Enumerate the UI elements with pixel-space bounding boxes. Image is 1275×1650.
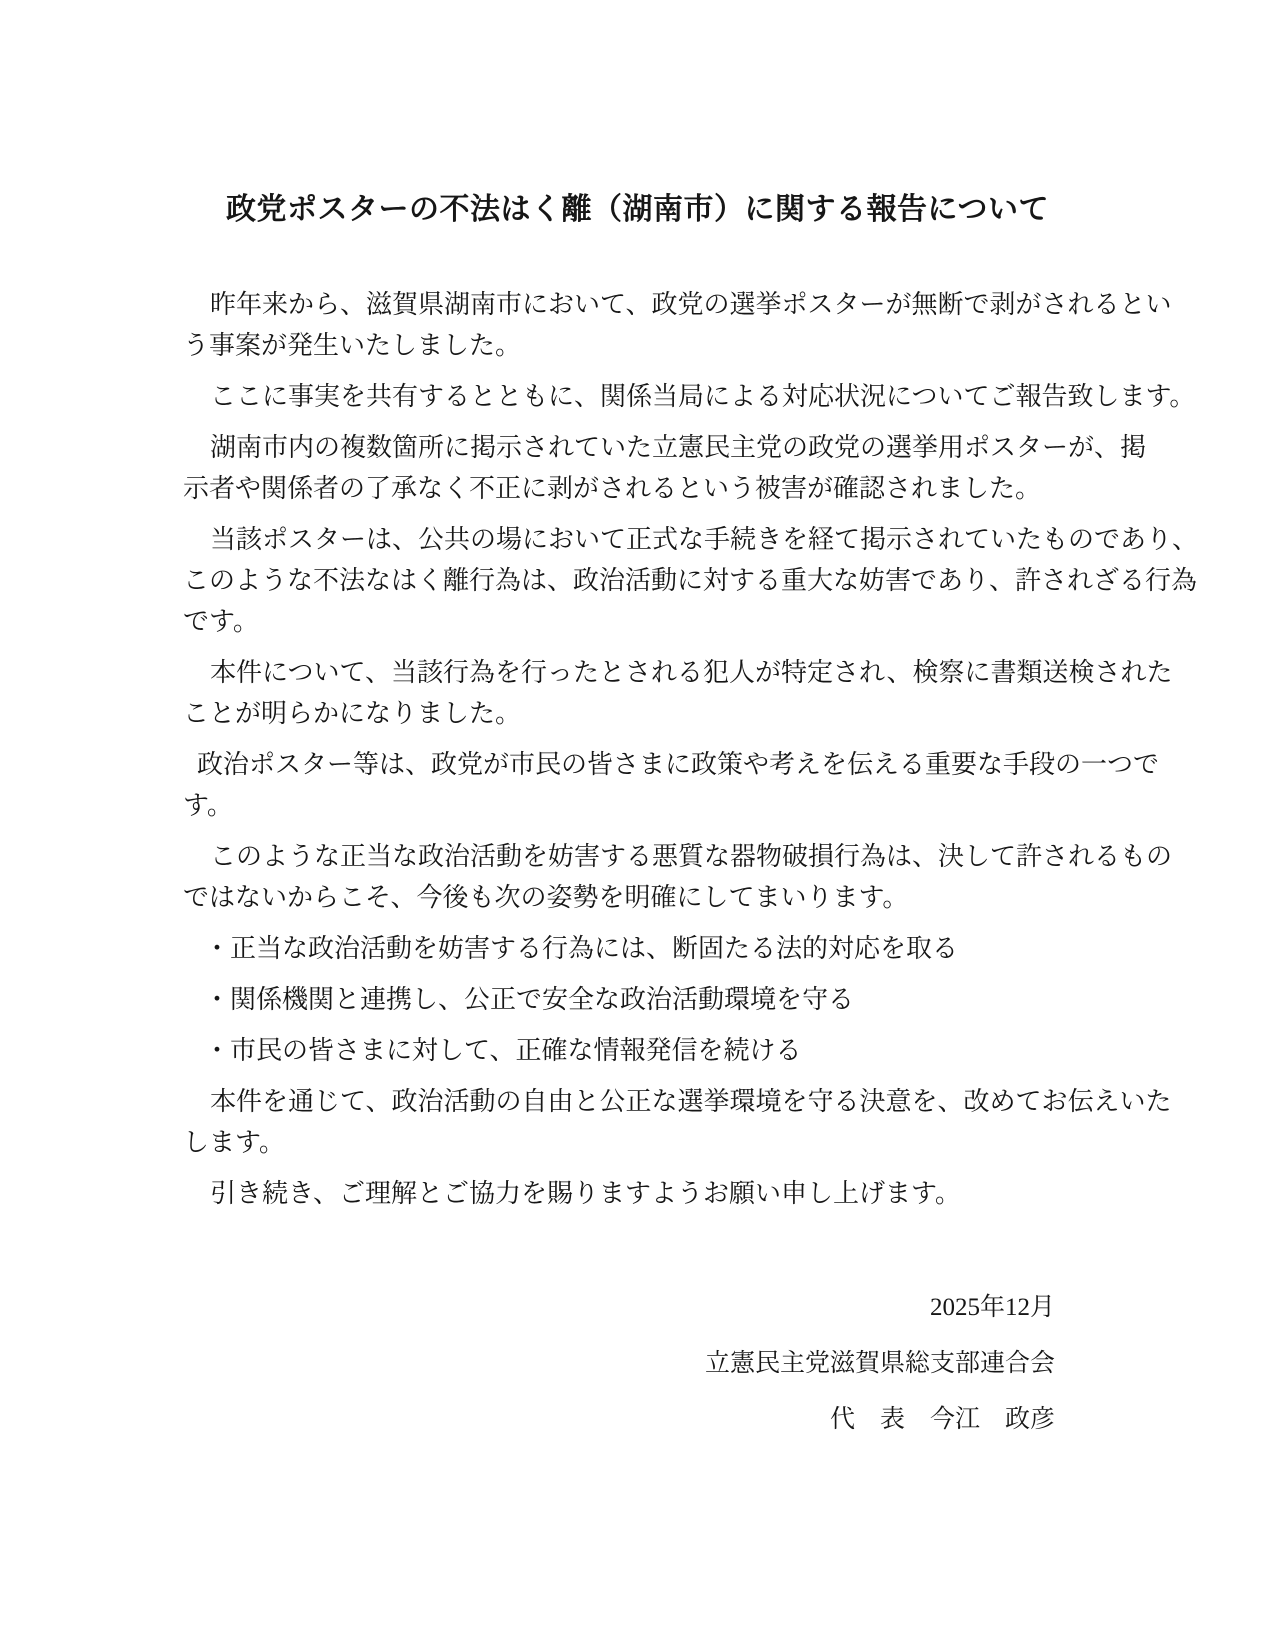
paragraph: 当該ポスターは、公共の場において正式な手続きを経て掲示されていたものであり、 こ… [183,519,1092,642]
paragraph-line: このような不法なはく離行為は、政治活動に対する重大な妨害であり、許されざる行為 [183,560,1092,601]
paragraph-line: 湖南市内の複数箇所に掲示されていた立憲民主党の政党の選挙用ポスターが、掲 [183,427,1092,468]
bullet-line: ・関係機関と連携し、公正で安全な政治活動環境を守る [183,979,1092,1020]
paragraph-line: 本件について、当該行為を行ったとされる犯人が特定され、検察に書類送検された [183,652,1092,693]
paragraph-line: 当該ポスターは、公共の場において正式な手続きを経て掲示されていたものであり、 [183,519,1092,560]
paragraph-line: 昨年来から、滋賀県湖南市において、政党の選挙ポスターが無断で剥がされるとい [183,284,1092,325]
bullet-line: ・市民の皆さまに対して、正確な情報発信を続ける [183,1030,1092,1071]
signature-block: 2025年12月 立憲民主党滋賀県総支部連合会 代 表 今江 政彦 [183,1287,1092,1440]
bullet-item: ・正当な政治活動を妨害する行為には、断固たる法的対応を取る [183,928,1092,969]
paragraph-line: ことが明らかになりました。 [183,693,1092,734]
paragraph-line: 政治ポスター等は、政党が市民の皆さまに政策や考えを伝える重要な手段の一つで [183,744,1092,785]
document-page: 政党ポスターの不法はく離（湖南市）に関する報告について 昨年来から、滋賀県湖南市… [0,0,1275,1650]
paragraph: 湖南市内の複数箇所に掲示されていた立憲民主党の政党の選挙用ポスターが、掲 示者や… [183,427,1092,509]
paragraph-line: です。 [183,601,1092,642]
paragraph: ここに事実を共有するとともに、関係当局による対応状況についてご報告致します。 [183,376,1092,417]
paragraph: 本件を通じて、政治活動の自由と公正な選挙環境を守る決意を、改めてお伝えいた しま… [183,1081,1092,1163]
paragraph: 引き続き、ご理解とご協力を賜りますようお願い申し上げます。 [183,1173,1092,1214]
document-title: 政党ポスターの不法はく離（湖南市）に関する報告について [183,188,1092,232]
paragraph-line: 示者や関係者の了承なく不正に剥がされるという被害が確認されました。 [183,468,1092,509]
bullet-item: ・市民の皆さまに対して、正確な情報発信を続ける [183,1030,1092,1071]
paragraph-line: う事案が発生いたしました。 [183,325,1092,366]
paragraph-line: ではないからこそ、今後も次の姿勢を明確にしてまいります。 [183,877,1092,918]
paragraph: 本件について、当該行為を行ったとされる犯人が特定され、検察に書類送検された こと… [183,652,1092,734]
document-body: 昨年来から、滋賀県湖南市において、政党の選挙ポスターが無断で剥がされるとい う事… [183,284,1092,1214]
paragraph-line: す。 [183,785,1092,826]
bullet-item: ・関係機関と連携し、公正で安全な政治活動環境を守る [183,979,1092,1020]
paragraph-line: このような正当な政治活動を妨害する悪質な器物破損行為は、決して許されるもの [183,836,1092,877]
paragraph: 昨年来から、滋賀県湖南市において、政党の選挙ポスターが無断で剥がされるとい う事… [183,284,1092,366]
bullet-line: ・正当な政治活動を妨害する行為には、断固たる法的対応を取る [183,928,1092,969]
signature-date: 2025年12月 [183,1287,1055,1328]
paragraph-line: 本件を通じて、政治活動の自由と公正な選挙環境を守る決意を、改めてお伝えいた [183,1081,1092,1122]
paragraph: このような正当な政治活動を妨害する悪質な器物破損行為は、決して許されるもの では… [183,836,1092,918]
signature-organization: 立憲民主党滋賀県総支部連合会 [183,1343,1055,1384]
paragraph-line: します。 [183,1122,1092,1163]
paragraph: 政治ポスター等は、政党が市民の皆さまに政策や考えを伝える重要な手段の一つで す。 [183,744,1092,826]
signature-representative: 代 表 今江 政彦 [183,1399,1055,1440]
paragraph-line: 引き続き、ご理解とご協力を賜りますようお願い申し上げます。 [183,1173,1092,1214]
paragraph-line: ここに事実を共有するとともに、関係当局による対応状況についてご報告致します。 [183,376,1092,417]
